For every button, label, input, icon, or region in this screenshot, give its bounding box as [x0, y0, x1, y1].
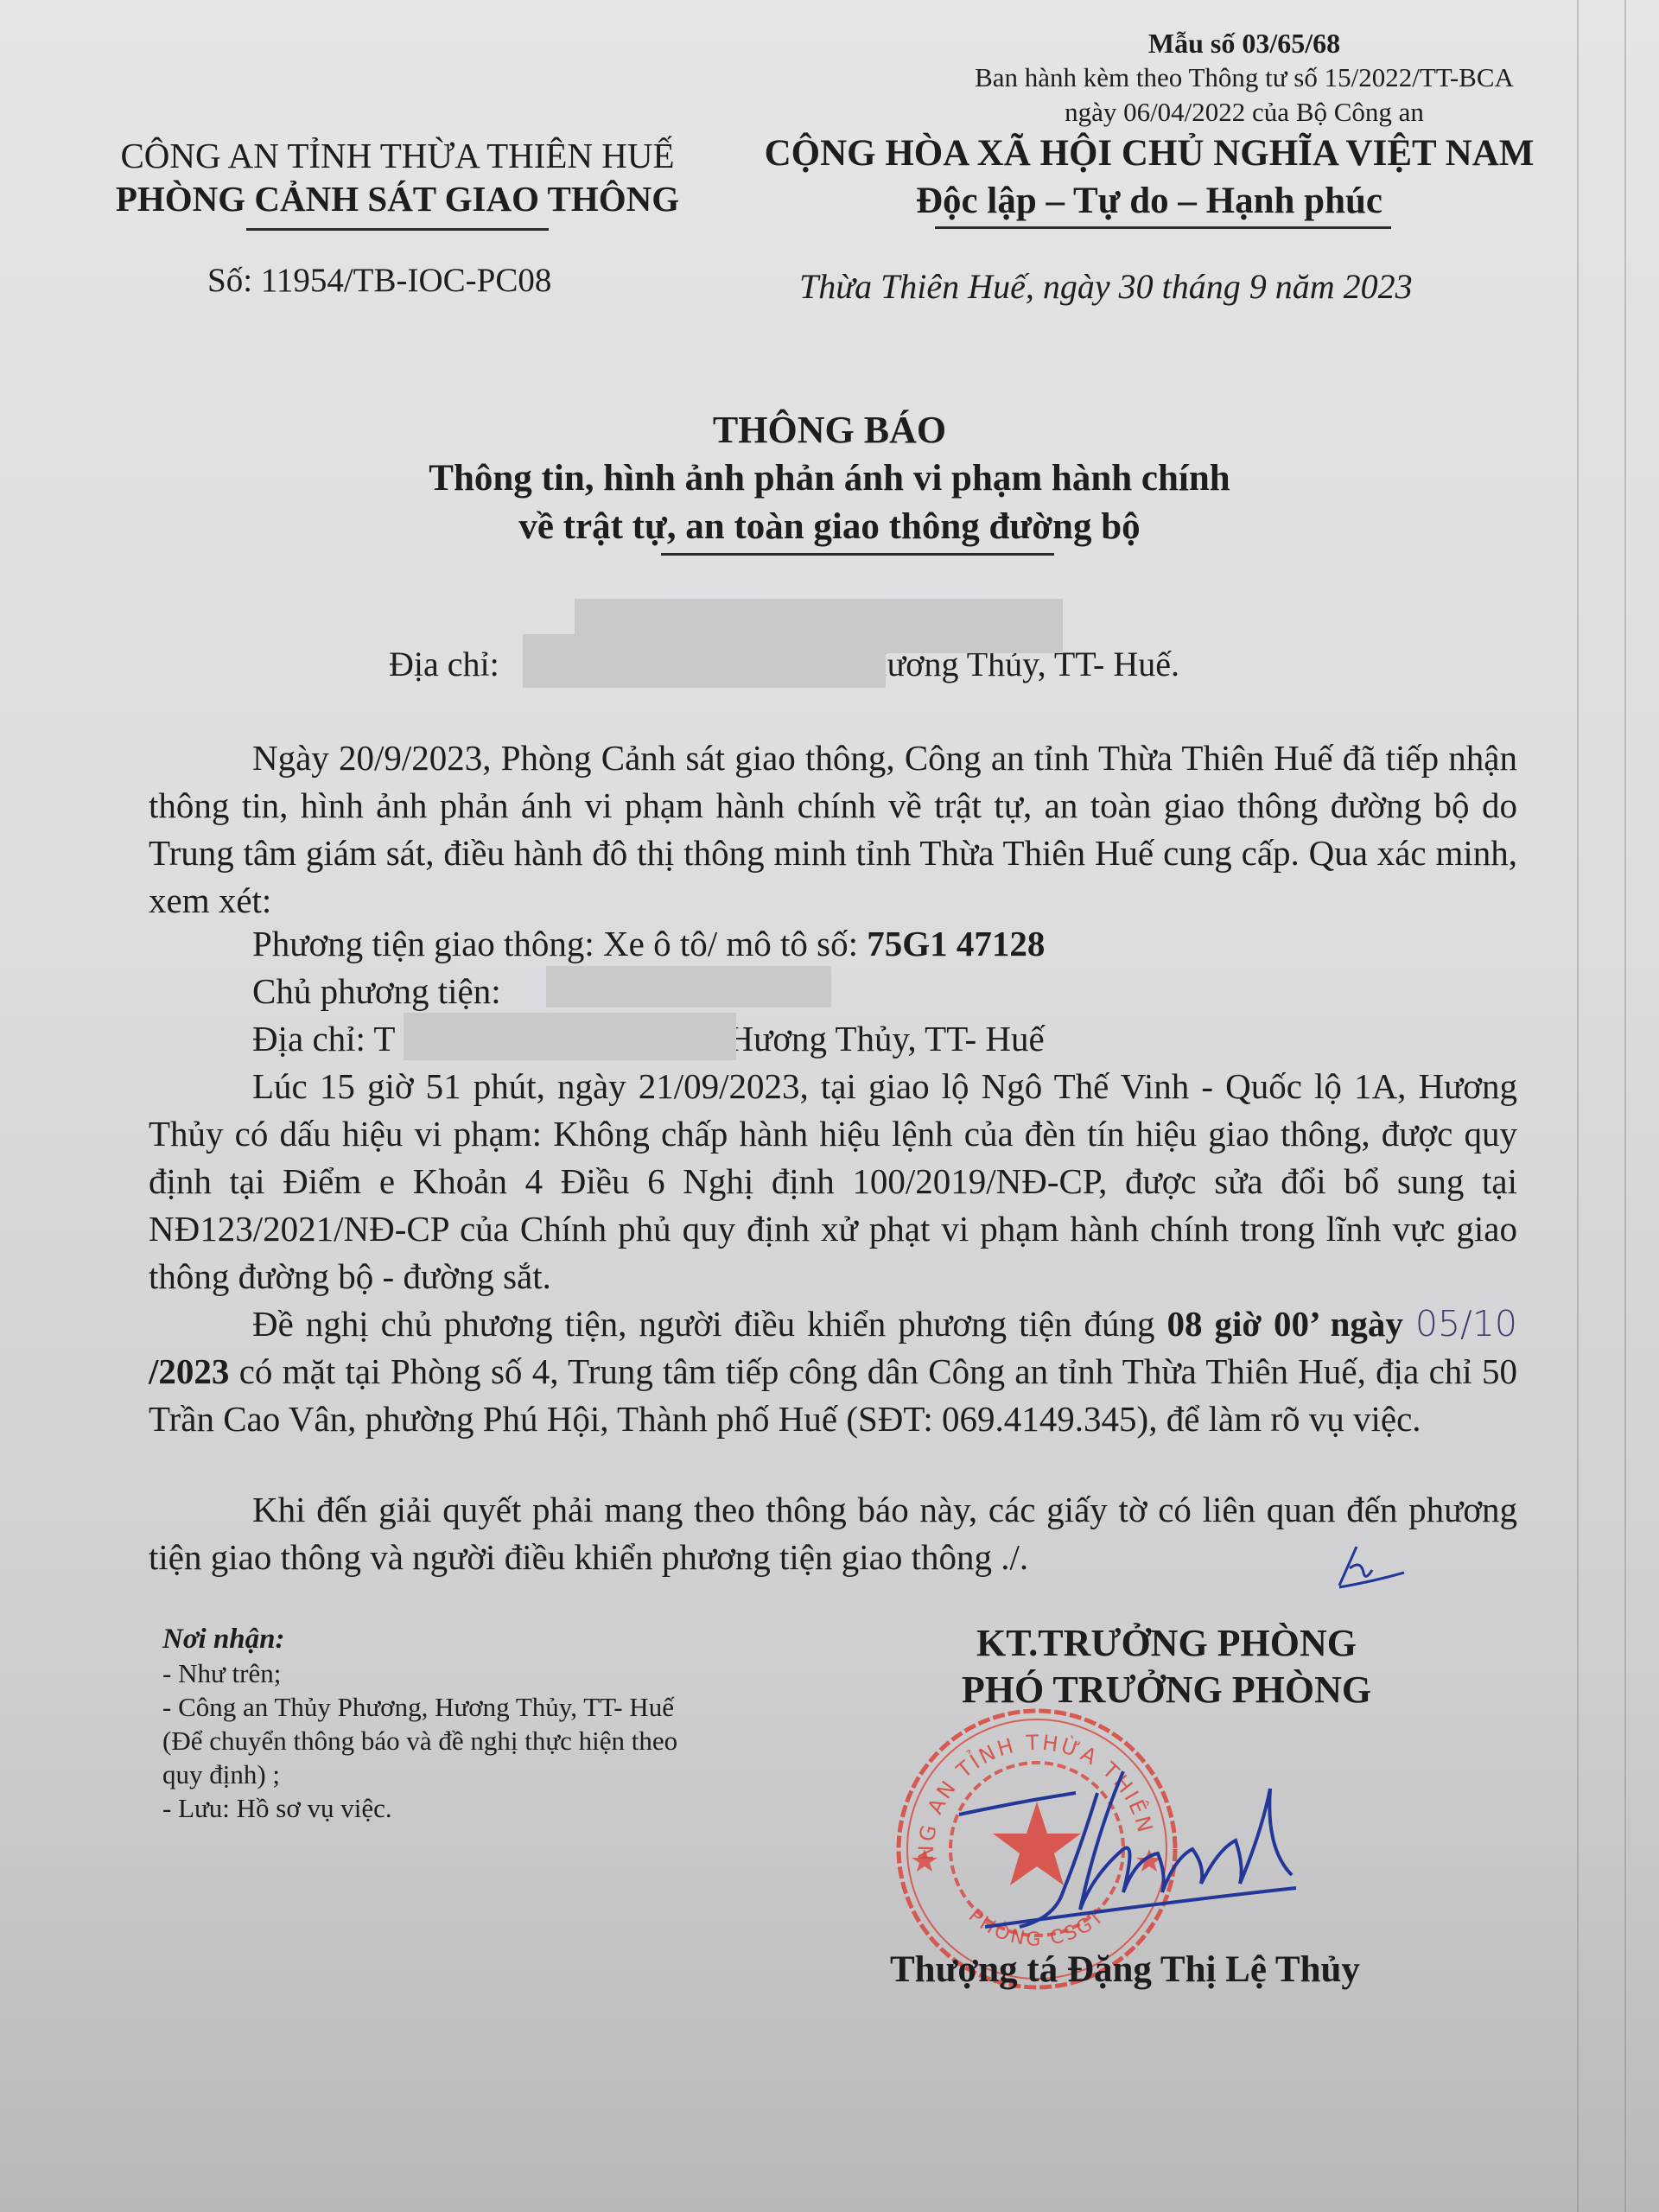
issued-date-line: ngày 06/04/2022 của Bộ Công an — [916, 95, 1573, 130]
vehicle-line: Phương tiện giao thông: Xe ô tô/ mô tô s… — [252, 920, 1045, 968]
recipient-item: - Như trên; — [162, 1656, 677, 1690]
place-date: Thừa Thiên Huế, ngày 30 tháng 9 năm 2023 — [799, 266, 1413, 307]
notice-title: THÔNG BÁO Thông tin, hình ảnh phản ánh v… — [346, 406, 1313, 551]
notice-subtitle-1: Thông tin, hình ảnh phản ánh vi phạm hàn… — [346, 454, 1313, 503]
national-header: CỘNG HÒA XÃ HỘI CHỦ NGHĨA VIỆT NAM Độc l… — [734, 130, 1564, 225]
paper-edge — [1577, 0, 1579, 2212]
recipients-list: Nơi nhận: - Như trên; - Công an Thủy Phư… — [162, 1623, 677, 1825]
recipient-item: - Công an Thủy Phương, Hương Thủy, TT- H… — [162, 1690, 677, 1724]
agency-underline — [246, 228, 549, 231]
appointment-date-handwritten: 05/10 — [1415, 1303, 1517, 1344]
redacted-owner-address — [404, 1013, 736, 1060]
signature-title: KT.TRƯỞNG PHÒNG PHÓ TRƯỞNG PHÒNG — [864, 1620, 1469, 1713]
appointment-time: 08 giờ 00’ ngày — [1166, 1304, 1402, 1344]
recipient-item: quy định) ; — [162, 1758, 677, 1791]
redacted-recipient-address — [523, 634, 886, 688]
paper-edge — [1624, 0, 1626, 2212]
body-violation: Lúc 15 giờ 51 phút, ngày 21/09/2023, tại… — [149, 1063, 1517, 1300]
document-number: Số: 11954/TB-IOC-PC08 — [207, 261, 551, 300]
title-underline — [661, 553, 1054, 556]
appointment-year: /2023 — [149, 1351, 229, 1391]
agency-header: CÔNG AN TỈNH THỪA THIÊN HUẾ PHÒNG CẢNH S… — [95, 134, 700, 220]
department-name: PHÒNG CẢNH SÁT GIAO THÔNG — [95, 177, 700, 220]
national-motto: Độc lập – Tự do – Hạnh phúc — [734, 177, 1564, 225]
handwritten-initial — [1322, 1534, 1408, 1594]
date-day: 30 — [1119, 267, 1154, 306]
signer-name: Thượng tá Đặng Thị Lệ Thủy — [890, 1948, 1360, 1991]
parent-agency: CÔNG AN TỈNH THỪA THIÊN HUẾ — [95, 134, 700, 177]
handwritten-signature — [950, 1754, 1400, 1961]
redacted-owner-name — [546, 966, 831, 1007]
recipients-label: Nơi nhận: — [162, 1623, 677, 1656]
recipient-item: (Để chuyển thông báo và đề nghị thực hiệ… — [162, 1724, 677, 1758]
issued-by-line: Ban hành kèm theo Thông tư số 15/2022/TT… — [916, 60, 1573, 95]
license-plate: 75G1 47128 — [867, 924, 1045, 963]
motto-underline — [935, 226, 1391, 229]
nation-name: CỘNG HÒA XÃ HỘI CHỦ NGHĨA VIỆT NAM — [734, 130, 1564, 177]
notice-heading: THÔNG BÁO — [346, 406, 1313, 454]
notice-subtitle-2: về trật tự, an toàn giao thông đường bộ — [346, 503, 1313, 551]
body-intro: Ngày 20/9/2023, Phòng Cảnh sát giao thôn… — [149, 734, 1517, 925]
body-summons: Đề nghị chủ phương tiện, người điều khiể… — [149, 1300, 1517, 1443]
form-code-header: Mẫu số 03/65/68 Ban hành kèm theo Thông … — [916, 26, 1573, 130]
recipient-item: - Lưu: Hồ sơ vụ việc. — [162, 1791, 677, 1825]
form-code: Mẫu số 03/65/68 — [916, 26, 1573, 60]
body-closing: Khi đến giải quyết phải mang theo thông … — [149, 1486, 1517, 1581]
